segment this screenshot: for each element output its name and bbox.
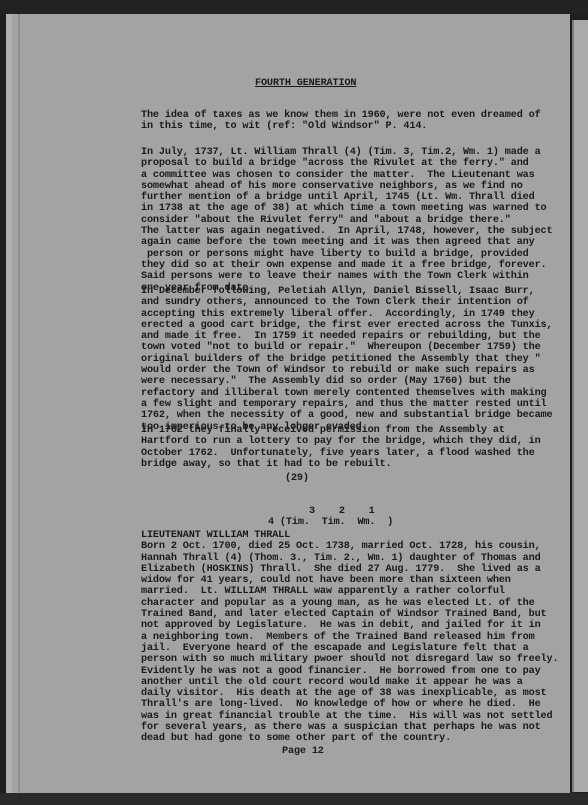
text-line: In 1762 they finally received permission… — [141, 425, 541, 436]
text-line: somewhat ahead of his more conservative … — [141, 181, 552, 192]
text-line: original builders of the bridge petition… — [141, 354, 552, 365]
text-line: town voted "not to build or repair." Whe… — [141, 342, 552, 353]
scan-bottom-border — [0, 793, 588, 805]
text-line: accepting this extremely liberal offer. … — [141, 309, 552, 320]
paragraph-taxes: The idea of taxes as we know them in 196… — [141, 110, 541, 133]
text-line: 1762, when the necessity of a good, new … — [141, 410, 552, 421]
text-line: dead but had gone to some other part of … — [141, 733, 558, 744]
lineage-superscript: 3 2 1 — [309, 506, 375, 517]
paragraph-lottery: In 1762 they finally received permission… — [141, 425, 541, 470]
text-line: Hartford to run a lottery to pay for the… — [141, 436, 541, 447]
page-heading: FOURTH GENERATION — [255, 78, 356, 89]
text-line: Hannah Thrall (4) (Thom. 3., Tim. 2., Wm… — [141, 553, 558, 564]
text-line: for several years, as there was a suspic… — [141, 722, 558, 733]
text-line: jail. Everyone heard of the escapade and… — [141, 643, 558, 654]
biography-section: LIEUTENANT WILLIAM THRALL Born 2 Oct. 17… — [141, 530, 558, 745]
text-line: Trained Band, and later elected Captain … — [141, 609, 558, 620]
text-line: Born 2 Oct. 1700, died 25 Oct. 1738, mar… — [141, 541, 558, 552]
text-line: person or persons might have liberty to … — [141, 249, 552, 260]
text-line: they did so at their own expense and mad… — [141, 260, 552, 271]
text-line: and made it free. In 1759 it needed repa… — [141, 331, 552, 342]
page-number: Page 12 — [282, 746, 324, 757]
text-line: married. Lt. WILLIAM THRALL waw apparent… — [141, 586, 558, 597]
section-number: (29) — [285, 473, 309, 484]
lineage-line: 4 (Tim. Tim. Wm. ) — [268, 517, 393, 528]
text-line: not approved by Legislature. He was in d… — [141, 620, 558, 631]
text-line: in 1738 at the age of 38) at which time … — [141, 203, 552, 214]
text-line: proposal to build a bridge "across the R… — [141, 158, 552, 169]
text-line: another until the old court record would… — [141, 677, 558, 688]
person-heading: LIEUTENANT WILLIAM THRALL — [141, 530, 558, 541]
text-line: again came before the town meeting and i… — [141, 237, 552, 248]
text-line: erected a good cart bridge, the first ev… — [141, 320, 552, 331]
text-line: The idea of taxes as we know them in 196… — [141, 110, 541, 121]
text-line: person with so much military pwoer shoul… — [141, 654, 558, 665]
page-binding-shadow — [18, 14, 20, 794]
paragraph-bridge-proposal: In July, 1737, Lt. William Thrall (4) (T… — [141, 147, 552, 294]
text-line: a neighboring town. Members of the Train… — [141, 632, 558, 643]
text-line: Said persons were to leave their names w… — [141, 271, 552, 282]
text-line: refactory and illiberal town merely cont… — [141, 388, 552, 399]
text-line: Elizabeth (HOSKINS) Thrall. She died 27 … — [141, 564, 558, 575]
text-line: In December following, Peletiah Allyn, D… — [141, 286, 552, 297]
text-line: in this time, to wit (ref: "Old Windsor"… — [141, 121, 541, 132]
adjacent-page-edge — [572, 20, 588, 792]
text-line: The latter was again negatived. In April… — [141, 226, 552, 237]
paragraph-cart-bridge: In December following, Peletiah Allyn, D… — [141, 286, 552, 433]
text-line: character and popular as a young man, as… — [141, 598, 558, 609]
text-line: widow for 41 years, could not have been … — [141, 575, 558, 586]
text-line: bridge away, so that it had to be rebuil… — [141, 459, 541, 470]
text-line: were necessary." The Assembly did so ord… — [141, 376, 552, 387]
text-line: Thrall's are long-lived. No knowledge of… — [141, 699, 558, 710]
scan-top-border — [0, 0, 588, 15]
text-line: a few slight and temporary repairs, and … — [141, 399, 552, 410]
text-line: consider "about the Rivulet ferry" and "… — [141, 215, 552, 226]
text-line: daily visitor. His death at the age of 3… — [141, 688, 558, 699]
text-line: In July, 1737, Lt. William Thrall (4) (T… — [141, 147, 552, 158]
text-line: further mention of a bridge until April,… — [141, 192, 552, 203]
text-line: a committee was chosen to consider the m… — [141, 170, 552, 181]
text-line: was in great financial trouble at the ti… — [141, 711, 558, 722]
text-line: Evidently he was not a good financier. H… — [141, 666, 558, 677]
text-line: would order the Town of Windsor to rebui… — [141, 365, 552, 376]
text-line: October 1762. Unfortunately, five years … — [141, 448, 541, 459]
text-line: and sundry others, announced to the Town… — [141, 297, 552, 308]
